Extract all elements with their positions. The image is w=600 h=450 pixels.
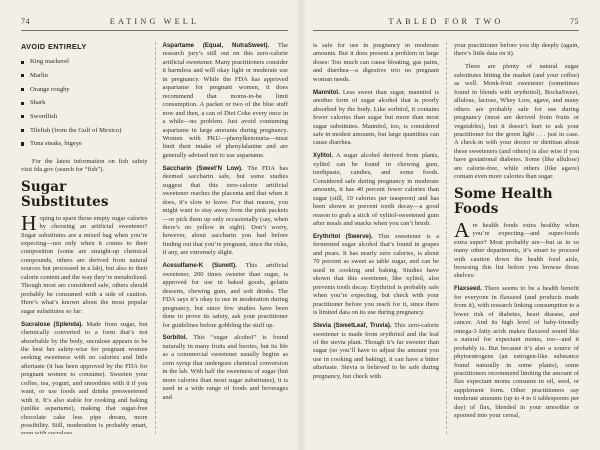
entry-name: Flaxseed. [454,285,482,292]
avoid-entirely-title: AVOID ENTIRELY [21,43,148,51]
entry-name: Erythritol (Swerve). [313,233,373,240]
running-head-left: 74 EATING WELL [21,17,288,31]
avoid-item: Tuna steaks, bigeye [21,140,148,148]
book-spread: 74 EATING WELL AVOID ENTIRELY King macke… [0,0,600,450]
column-4: your practitioner before you dip deeply … [446,42,579,434]
section-heading-some-health-foods: Some Health Foods [454,187,579,217]
entry-saccharin: Saccharin (Sweet’N Low). The FDA has dee… [163,165,289,258]
entry-sorbitol: Sorbitol. This “sugar alcohol” is found … [163,334,289,402]
avoid-item: Shark [21,99,148,107]
column-3: is safe for use in pregnancy in moderate… [313,42,446,434]
entry-text: This “sugar alcohol” is found naturally … [163,334,289,400]
entry-erythritol: Erythritol (Swerve). This sweetener is a… [313,233,439,318]
page-number-left: 74 [21,17,49,26]
intro-text: oping to spare those empty sugar calorie… [21,215,148,315]
entry-xylitol: Xylitol. A sugar alcohol derived from pl… [313,152,439,228]
column-2: Aspartame (Equal, NutraSweet). The resea… [155,42,289,434]
stevia-continuation: your practitioner before you dip deeply … [454,42,579,59]
drop-cap: A [454,222,473,239]
avoid-item: King mackerel [21,58,148,66]
entry-stevia: Stevia (SweetLeaf, Truvia). This zero-ca… [313,322,439,381]
entry-text: The FDA has deemed saccharin safe, but s… [163,165,289,257]
entry-name: Sorbitol. [163,334,188,341]
fish-safety-note: For the latest information on fish safet… [21,158,148,175]
entry-text: A sugar alcohol derived from plants, xyl… [313,152,439,227]
some-health-foods-intro: Are health foods extra healthy when you’… [454,222,579,281]
section-heading-sugar-substitutes: Sugar Substitutes [21,180,148,210]
entry-text: The research jury’s still out on this ze… [163,42,289,159]
entry-flaxseed: Flaxseed. There seems to be a health ben… [454,285,579,420]
column-1: AVOID ENTIRELY King mackerel Marlin Oran… [21,42,155,434]
entry-name: Mannitol. [313,89,340,96]
entry-name: Sucralose (Splenda). [21,321,83,328]
entry-text: Less sweet than sugar, mannitol is anoth… [313,89,439,147]
entry-name: Xylitol. [313,152,333,159]
right-page: TABLED FOR TWO 75 is safe for use in pre… [300,0,600,450]
running-head-title-right: TABLED FOR TWO [341,17,551,26]
entry-acesulfame-k: Acesulfame-K (Sunett). This artificial s… [163,262,289,330]
entry-text: This zero-calorie sweetener is made from… [313,322,439,380]
entry-text: This sweetener is a fermented sugar alco… [313,233,439,316]
avoid-entirely-list: King mackerel Marlin Orange roughy Shark… [21,58,148,148]
entry-name: Acesulfame-K (Sunett). [163,262,237,269]
running-head-right: TABLED FOR TWO 75 [313,17,579,31]
entry-name: Aspartame (Equal, NutraSweet). [163,42,270,49]
page-number-right: 75 [551,17,579,26]
entry-name: Stevia (SweetLeaf, Truvia). [313,322,392,329]
entry-aspartame: Aspartame (Equal, NutraSweet). The resea… [163,42,289,160]
avoid-item: Tilefish (from the Gulf of Mexico) [21,127,148,135]
intro-text: re health foods extra healthy when you’r… [454,222,579,280]
avoid-item: Swordfish [21,113,148,121]
avoid-item: Orange roughy [21,86,148,94]
entry-text: There seems to be a health benefit for e… [454,285,579,419]
entry-name: Saccharin (Sweet’N Low). [163,165,243,172]
left-page: 74 EATING WELL AVOID ENTIRELY King macke… [0,0,300,450]
entry-sucralose: Sucralose (Splenda). Made from sugar, bu… [21,321,148,434]
running-head-title-left: EATING WELL [49,17,260,26]
avoid-item: Marlin [21,72,148,80]
natural-substitutes-paragraph: There are plenty of natural sugar substi… [454,63,579,181]
sorbitol-continuation: is safe for use in pregnancy in moderate… [313,42,439,84]
entry-text: Made from sugar, but chemically converte… [21,321,148,434]
entry-text: This artificial sweetener, 200 times swe… [163,262,289,328]
entry-mannitol: Mannitol. Less sweet than sugar, mannito… [313,89,439,148]
sugar-substitutes-intro: Hoping to spare those empty sugar calori… [21,215,148,316]
drop-cap: H [21,215,40,232]
